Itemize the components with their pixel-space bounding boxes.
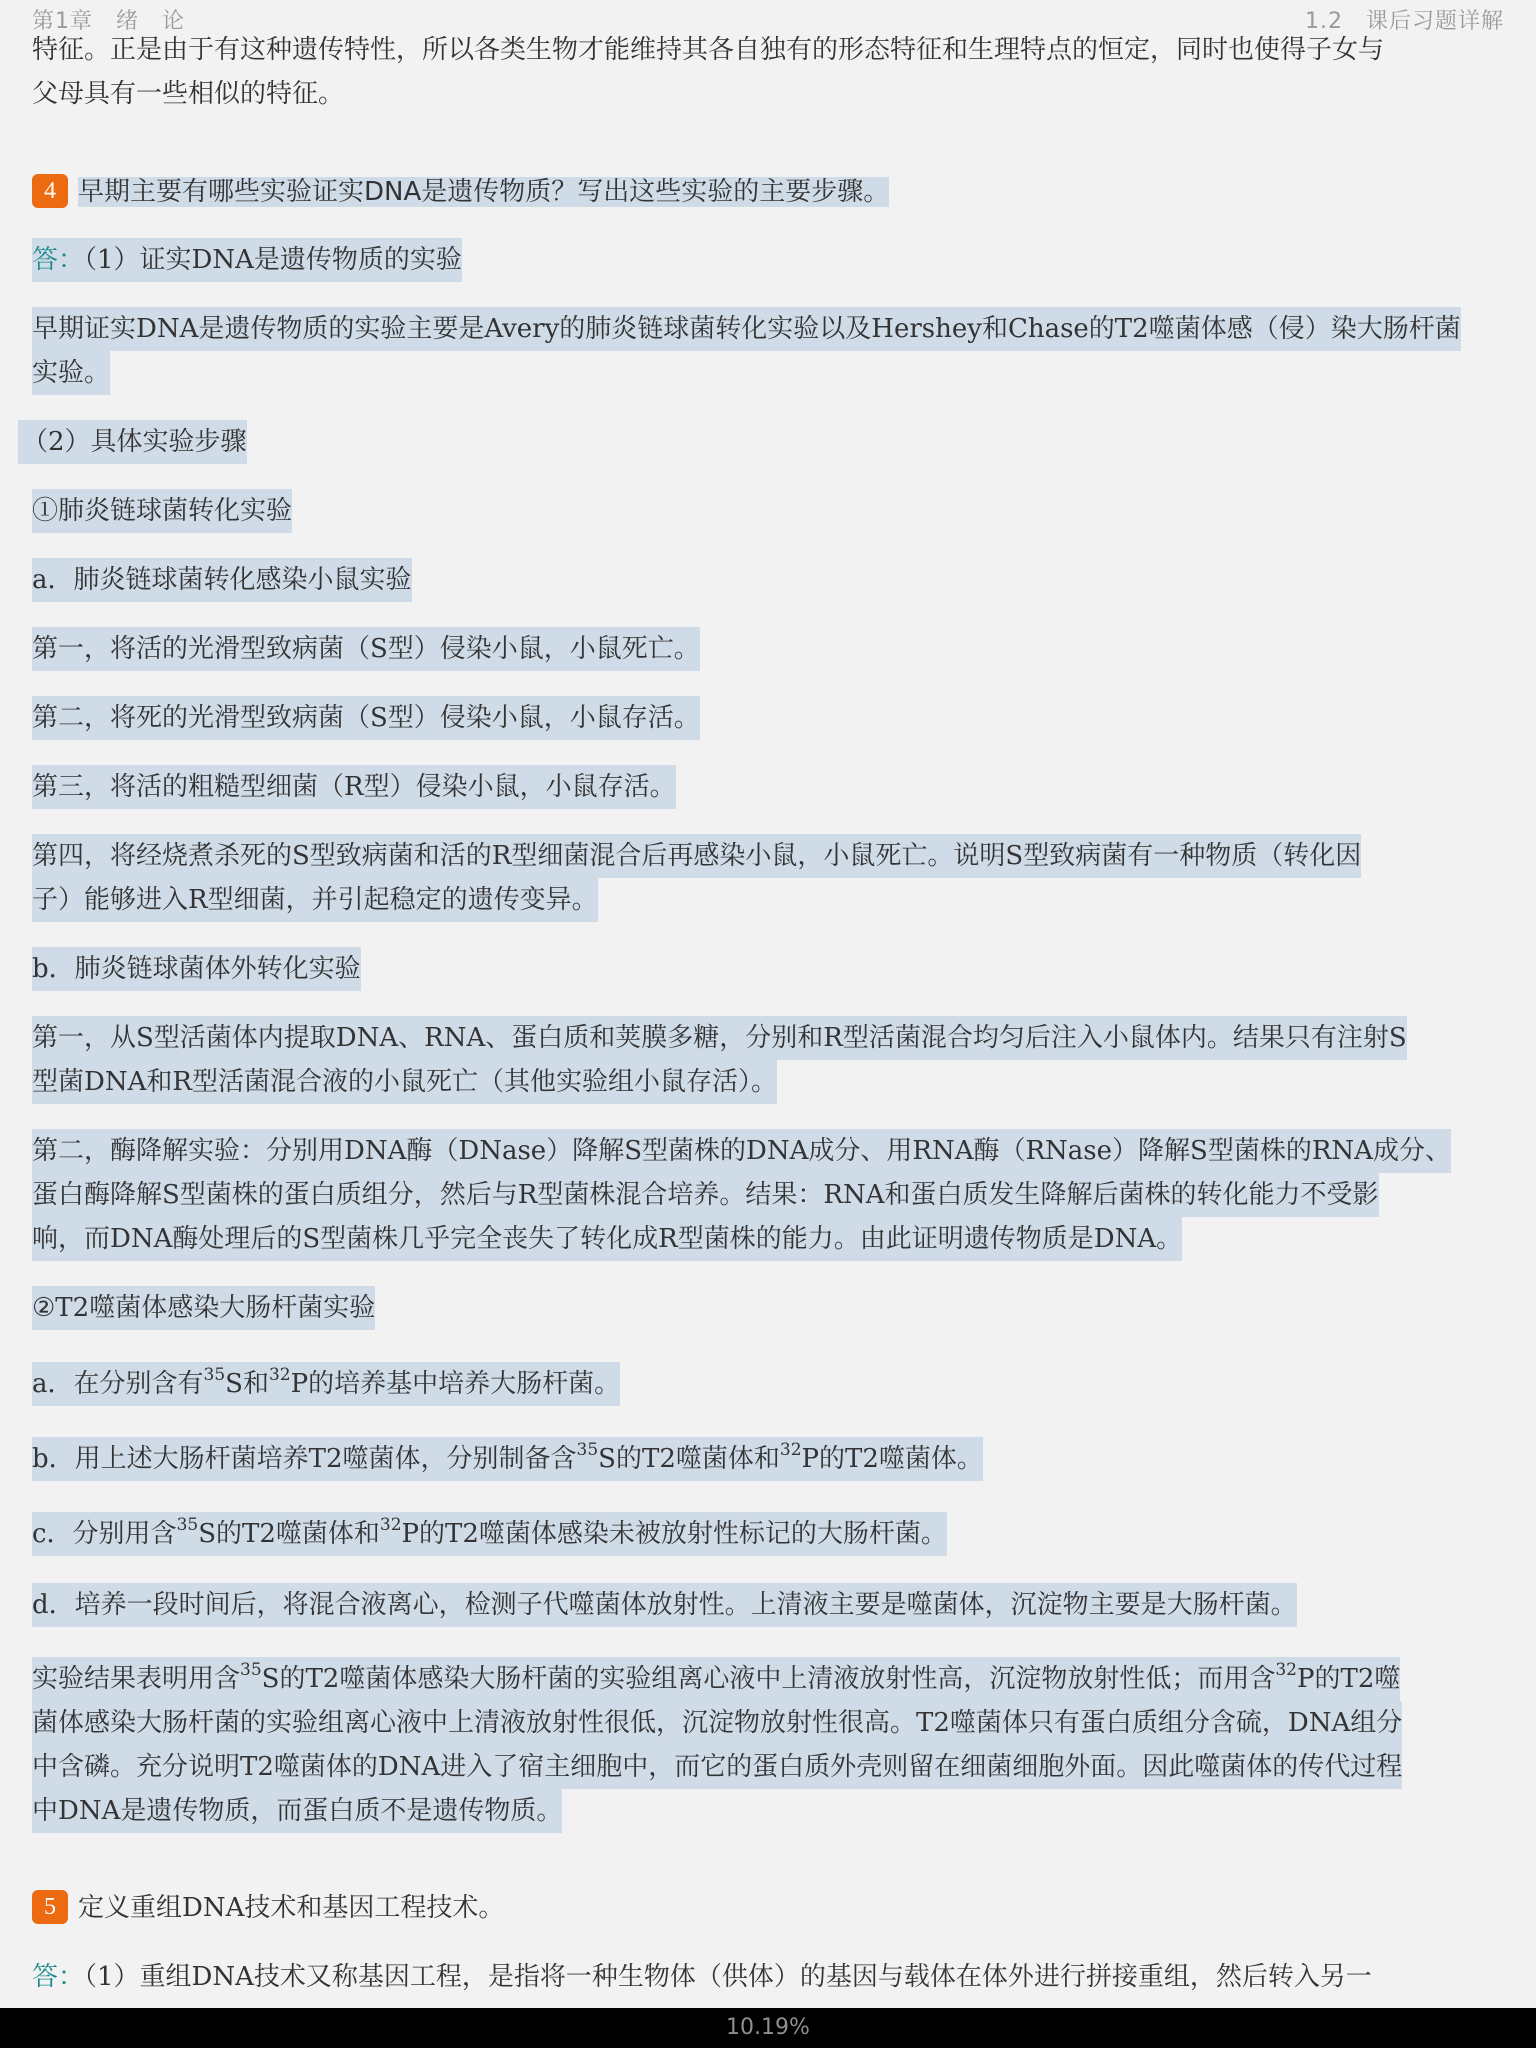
answer-text: （1）重组DNA技术又称基因工程，是指将一种生物体（供体）的基因与载体在体外进行…	[84, 1962, 1372, 1992]
question-4: 4早期主要有哪些实验证实DNA是遗传物质？写出这些实验的主要步骤。	[32, 170, 889, 214]
result-line: 中DNA是遗传物质，而蛋白质不是遗传物质。	[32, 1789, 562, 1833]
paragraph-line: 早期证实DNA是遗传物质的实验主要是Avery的肺炎链球菌转化实验以及Hersh…	[32, 307, 1461, 351]
sub-heading: ②T2噬菌体感染大肠杆菌实验	[32, 1286, 375, 1330]
step-line: 第二，酶降解实验：分别用DNA酶（DNase）降解S型菌株的DNA成分、用RNA…	[32, 1129, 1451, 1173]
step-line: 第一，从S型活菌体内提取DNA、RNA、蛋白质和荚膜多糖，分别和R型活菌混合均匀…	[32, 1016, 1407, 1060]
question-number-badge: 5	[32, 1890, 68, 1924]
answer-label: 答：	[32, 1962, 84, 1992]
step-line: a．在分别含有35S和32P的培养基中培养大肠杆菌。	[32, 1362, 620, 1406]
section-heading: （2）具体实验步骤	[18, 420, 247, 464]
step-line: 第二，将死的光滑型致病菌（S型）侵染小鼠，小鼠存活。	[32, 696, 700, 740]
question-5: 5定义重组DNA技术和基因工程技术。	[32, 1886, 504, 1930]
answer-part-title: （1）证实DNA是遗传物质的实验	[84, 245, 462, 275]
question-text: 定义重组DNA技术和基因工程技术。	[78, 1893, 504, 1923]
reading-progress-bar: 10.19%	[0, 2008, 1536, 2048]
paragraph-line: 父母具有一些相似的特征。	[32, 72, 344, 116]
step-line: d．培养一段时间后，将混合液离心，检测子代噬菌体放射性。上清液主要是噬菌体，沉淀…	[32, 1583, 1297, 1627]
step-line: 第三，将活的粗糙型细菌（R型）侵染小鼠，小鼠存活。	[32, 765, 676, 809]
paragraph-line: 实验。	[32, 351, 110, 395]
step-line: 蛋白酶降解S型菌株的蛋白质组分，然后与R型菌株混合培养。结果：RNA和蛋白质发生…	[32, 1173, 1379, 1217]
result-line: 实验结果表明用含35S的T2噬菌体感染大肠杆菌的实验组离心液中上清液放射性高，沉…	[32, 1657, 1400, 1701]
result-line: 菌体感染大肠杆菌的实验组离心液中上清液放射性很低，沉淀物放射性很高。T2噬菌体只…	[32, 1701, 1402, 1745]
step-line: 型菌DNA和R型活菌混合液的小鼠死亡（其他实验组小鼠存活）。	[32, 1060, 777, 1104]
step-line: b．用上述大肠杆菌培养T2噬菌体，分别制备含35S的T2噬菌体和32P的T2噬菌…	[32, 1437, 983, 1481]
question-text: 早期主要有哪些实验证实DNA是遗传物质？写出这些实验的主要步骤。	[78, 177, 889, 207]
sub-heading: a．肺炎链球菌转化感染小鼠实验	[32, 558, 412, 602]
question-number-badge: 4	[32, 174, 68, 208]
answer-label: 答：	[32, 245, 84, 275]
paragraph-line: 特征。正是由于有这种遗传特性，所以各类生物才能维持其各自独有的形态特征和生理特点…	[32, 28, 1384, 72]
step-line: 响，而DNA酶处理后的S型菌株几乎完全丧失了转化成R型菌株的能力。由此证明遗传物…	[32, 1217, 1182, 1261]
sub-heading: b．肺炎链球菌体外转化实验	[32, 947, 361, 991]
sub-heading: ①肺炎链球菌转化实验	[32, 489, 292, 533]
answer-heading: 答：（1）证实DNA是遗传物质的实验	[32, 238, 462, 282]
step-line: 第一，将活的光滑型致病菌（S型）侵染小鼠，小鼠死亡。	[32, 627, 700, 671]
result-line: 中含磷。充分说明T2噬菌体的DNA进入了宿主细胞中，而它的蛋白质外壳则留在细菌细…	[32, 1745, 1402, 1789]
step-line: c．分别用含35S的T2噬菌体和32P的T2噬菌体感染未被放射性标记的大肠杆菌。	[32, 1512, 947, 1556]
step-line: 第四，将经烧煮杀死的S型致病菌和活的R型细菌混合后再感染小鼠，小鼠死亡。说明S型…	[32, 834, 1361, 878]
answer-heading: 答：（1）重组DNA技术又称基因工程，是指将一种生物体（供体）的基因与载体在体外…	[32, 1955, 1372, 1999]
progress-percent: 10.19%	[726, 2015, 810, 2040]
step-line: 子）能够进入R型细菌，并引起稳定的遗传变异。	[32, 878, 598, 922]
